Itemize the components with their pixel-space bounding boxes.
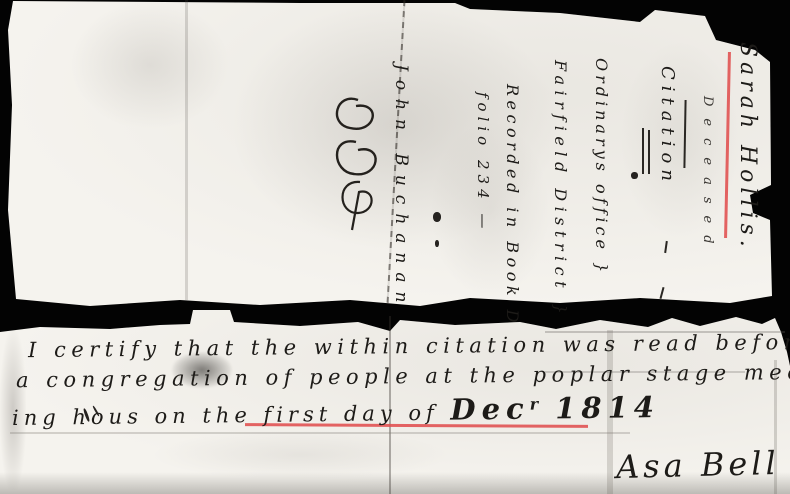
docket-status: Deceased bbox=[700, 96, 715, 256]
brace-mark: } bbox=[551, 304, 570, 320]
monogram-flourish-icon bbox=[328, 92, 390, 237]
citation-double-underline bbox=[648, 130, 650, 174]
clerk-signature: John Buchanan bbox=[391, 64, 411, 311]
docket-record-line1: Recorded in Book D bbox=[503, 84, 522, 327]
docket-district-text: Fairfield District bbox=[551, 60, 570, 293]
citation-double-underline bbox=[642, 128, 644, 174]
date-superscript: r bbox=[530, 395, 540, 414]
docket-office-text: Ordinarys office bbox=[592, 58, 611, 253]
docket-office-line2: Fairfield District } bbox=[551, 60, 570, 319]
scanned-document: Sarah Hollis. Deceased Citation Ordinary… bbox=[0, 0, 790, 494]
witness-signature: Asa Bell bbox=[616, 444, 781, 486]
docket-name: Sarah Hollis. bbox=[735, 42, 760, 252]
ink-blot bbox=[433, 212, 441, 222]
certification-date: Decr 1814 bbox=[450, 390, 660, 427]
certification-line3-text: ing hous on the first day of bbox=[12, 401, 451, 430]
date-month: Dec bbox=[450, 392, 530, 427]
brace-mark: } bbox=[592, 262, 611, 276]
docket-office-line1: Ordinarys office } bbox=[592, 58, 611, 276]
ink-blot bbox=[631, 172, 638, 179]
date-year: 1814 bbox=[539, 390, 660, 425]
docket-record-line2: folio 234 — bbox=[474, 92, 492, 233]
docket-doc-type: Citation bbox=[657, 66, 678, 187]
ink-blot bbox=[435, 240, 439, 247]
